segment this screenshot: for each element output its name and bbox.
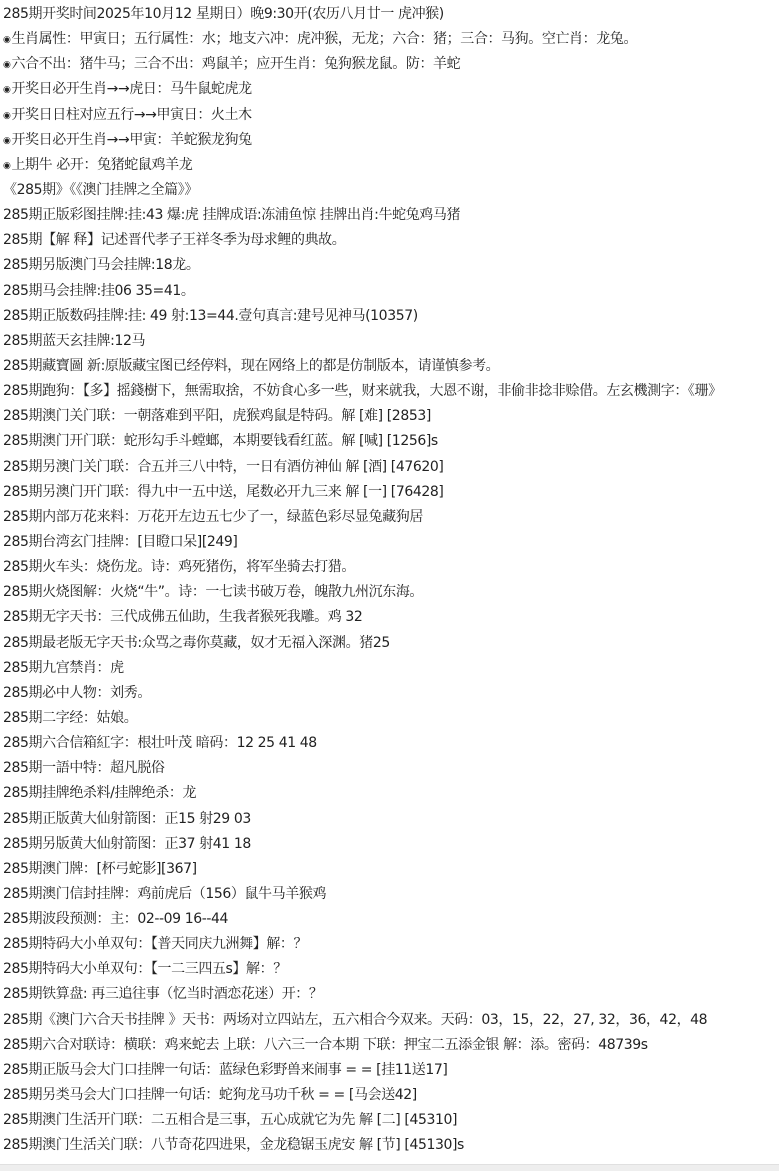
text-line: 285期正版彩图挂牌:挂:43 爆:虎 挂牌成语:冻浦鱼惊 挂牌出肖:牛蛇兔鸡马… xyxy=(3,203,779,228)
bullet-icon: ◉ xyxy=(3,104,10,129)
text-line: 285期波段预测：主：02--09 16--44 xyxy=(3,907,779,932)
bullet-icon: ◉ xyxy=(3,53,10,78)
section-title: 《285期》《《澳门挂牌之全篇》》 xyxy=(3,178,779,203)
text-line: 285期澳门开门联：蛇形勾手斗螳螂，本期要钱看红蓝。解 [喊] [1256]s xyxy=(3,429,779,454)
text-line: 285期无字天书：三代成佛五仙助，生我者猴死我雕。鸡 32 xyxy=(3,605,779,630)
text-line: 285期跑狗：【多】摇錢樹下，無需取捨，不妨食心多一些，财来就我，大恩不谢，非偷… xyxy=(3,379,779,404)
text-line: 285期内部万花来料：万花开左边五七少了一，绿蓝色彩尽显兔藏狗居 xyxy=(3,505,779,530)
text-line: 285期另版澳门马会挂牌:18龙。 xyxy=(3,253,779,278)
text-line: 285期另澳门关门联：合五并三八中特，一日有酒仿神仙 解 [酒] [47620] xyxy=(3,455,779,480)
text-line: 285期火车头：烧伤龙。诗：鸡死猪伤，将军坐骑去打猎。 xyxy=(3,555,779,580)
bullet-text: 开奖日必开生肖→→虎日：马牛鼠蛇虎龙 xyxy=(11,81,251,97)
text-line: 285期正版马会大门口挂牌一句话：蓝绿色彩野兽来闹事 = = [挂11送17] xyxy=(3,1058,779,1083)
text-line: 285期正版黄大仙射箭图：正15 射29 03 xyxy=(3,807,779,832)
bullet-item: ◉开奖日必开生肖→→甲寅：羊蛇猴龙狗兔 xyxy=(3,128,779,153)
text-line: 285期澳门信封挂牌：鸡前虎后（156）鼠牛马羊猴鸡 xyxy=(3,882,779,907)
draw-time-header: 285期开奖时间2025年10月12 星期日）晚9:30开(农历八月廿一 虎冲猴… xyxy=(3,2,779,27)
text-line: 285期另澳门开门联：得九中一五中送，尾数必开九三来 解 [一] [76428] xyxy=(3,480,779,505)
text-line: 285期最老版无字天书:众骂之毒你莫藏，奴才无福入深渊。猪25 xyxy=(3,631,779,656)
bullet-icon: ◉ xyxy=(3,78,10,103)
text-line: 285期另类马会大门口挂牌一句话：蛇狗龙马功千秋 = = [马会送42] xyxy=(3,1083,779,1108)
text-line: 285期九宫禁肖：虎 xyxy=(3,656,779,681)
text-line: 285期澳门生活开门联：二五相合是三事，五心成就它为先 解 [二] [45310… xyxy=(3,1108,779,1133)
text-line: 285期挂牌绝杀料/挂牌绝杀：龙 xyxy=(3,781,779,806)
bullet-icon: ◉ xyxy=(3,28,10,53)
text-line: 285期六合对联诗：横联：鸡来蛇去 上联：八六三一合本期 下联：押宝二五添金银 … xyxy=(3,1033,779,1058)
horizontal-scrollbar[interactable] xyxy=(0,1164,779,1171)
text-line: 285期特码大小单双句：【一二三四五s】解：？ xyxy=(3,957,779,982)
bullet-icon: ◉ xyxy=(3,129,10,154)
text-line: 285期必中人物：刘秀。 xyxy=(3,681,779,706)
text-line: 285期澳门牌：[杯弓蛇影][367] xyxy=(3,857,779,882)
bullet-text: 开奖日日柱对应五行→→甲寅日：火土木 xyxy=(11,107,251,123)
bullet-item: ◉上期牛 必开：兔猪蛇鼠鸡羊龙 xyxy=(3,153,779,178)
text-line: 285期澳门关门联：一朝落难到平阳，虎猴鸡鼠是特码。解 [难] [2853] xyxy=(3,404,779,429)
bullet-text: 上期牛 必开：兔猪蛇鼠鸡羊龙 xyxy=(11,157,192,173)
document-body: 285期开奖时间2025年10月12 星期日）晚9:30开(农历八月廿一 虎冲猴… xyxy=(3,2,779,1158)
text-line: 285期澳门生活关门联：八节奇花四进果，金龙稳锯玉虎安 解 [节] [45130… xyxy=(3,1133,779,1158)
text-line: 285期铁算盘: 再三追往事（忆当时酒恋花迷）开：？ xyxy=(3,982,779,1007)
text-line: 285期《澳门六合天书挂牌 》天书：两场对立四站左，五六相合今双来。天码：03，… xyxy=(3,1008,779,1033)
text-line: 285期火烧图解：火烧“牛”。诗：一七读书破万卷，魄散九州沉东海。 xyxy=(3,580,779,605)
bullet-item: ◉开奖日日柱对应五行→→甲寅日：火土木 xyxy=(3,103,779,128)
text-line: 285期特码大小单双句：【普天同庆九洲舞】解：？ xyxy=(3,932,779,957)
bullet-icon: ◉ xyxy=(3,154,10,179)
text-line: 285期二字经：姑娘。 xyxy=(3,706,779,731)
text-line: 285期另版黄大仙射箭图：正37 射41 18 xyxy=(3,832,779,857)
bullet-item: ◉生肖属性：甲寅日；五行属性：水；地支六冲：虎冲猴，无龙；六合：猪；三合：马狗。… xyxy=(3,27,779,52)
text-line: 285期一語中特：超凡脱俗 xyxy=(3,756,779,781)
text-line: 285期正版数码挂牌:挂: 49 射:13=44.壹句真言:建号见神马(1035… xyxy=(3,304,779,329)
text-line: 285期台湾玄门挂牌：[目瞪口呆][249] xyxy=(3,530,779,555)
bullet-text: 生肖属性：甲寅日；五行属性：水；地支六冲：虎冲猴，无龙；六合：猪；三合：马狗。空… xyxy=(11,31,637,47)
text-line: 285期马会挂牌:挂06 35=41。 xyxy=(3,279,779,304)
text-line: 285期藏寶圖 新:原版藏宝图已经停料，现在网络上的都是仿制版本，请谨慎参考。 xyxy=(3,354,779,379)
text-line: 285期【解 释】记述晋代孝子王祥冬季为母求鲤的典故。 xyxy=(3,228,779,253)
text-line: 285期六合信箱紅字：根壮叶茂 暗码：12 25 41 48 xyxy=(3,731,779,756)
bullet-text: 开奖日必开生肖→→甲寅：羊蛇猴龙狗兔 xyxy=(11,132,251,148)
bullet-item: ◉六合不出：猪牛马；三合不出：鸡鼠羊；应开生肖：兔狗猴龙鼠。防：羊蛇 xyxy=(3,52,779,77)
bullet-item: ◉开奖日必开生肖→→虎日：马牛鼠蛇虎龙 xyxy=(3,77,779,102)
text-line: 285期蓝天玄挂牌:12马 xyxy=(3,329,779,354)
bullet-text: 六合不出：猪牛马；三合不出：鸡鼠羊；应开生肖：兔狗猴龙鼠。防：羊蛇 xyxy=(11,56,460,72)
